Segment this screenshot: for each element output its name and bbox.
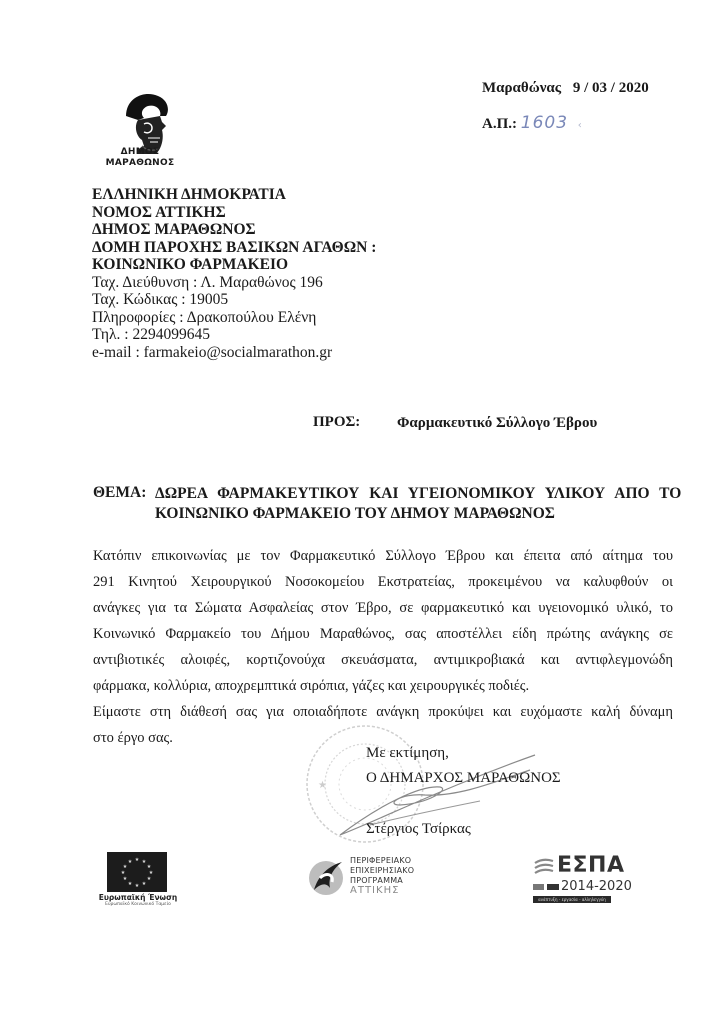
espa-slogan: ανάπτυξη - εργασία - αλληλεγγύη [533,896,611,903]
flags-icon [533,884,559,890]
sender-block: ΕΛΛΗΝΙΚΗ ΔΗΜΟΚΡΑΤΙΑ ΝΟΜΟΣ ΑΤΤΙΚΗΣ ΔΗΜΟΣ … [92,186,376,361]
svg-text:★: ★ [142,881,147,887]
protocol-line: Α.Π.: 1603 ‹ [482,113,582,133]
body-line: Κατόπιν επικοινωνίας με τον Φαρμακευτικό… [93,543,673,569]
pep-text: ΠΕΡΙΦΕΡΕΙΑΚΟ ΕΠΙΧΕΙΡΗΣΙΑΚΟ ΠΡΟΓΡΑΜΜΑ ΑΤΤ… [350,856,414,896]
sender-postcode: Ταχ. Κώδικας : 19005 [92,291,376,309]
protocol-number: 1603 [521,113,568,133]
subject-text: ΔΩΡΕΑ ΦΑΡΜΑΚΕΥΤΙΚΟΥ ΚΑΙ ΥΓΕΙΟΝΟΜΙΚΟΥ ΥΛΙ… [155,484,675,524]
sender-line: ΝΟΜΟΣ ΑΤΤΙΚΗΣ [92,204,376,222]
protocol-mark: ‹ [578,120,582,131]
pep-attica-logo-icon [306,856,346,896]
svg-text:★: ★ [128,881,133,887]
body-line: 291 Κινητού Χειρουργικού Νοσοκομείου Εκσ… [93,569,673,595]
eu-caption: Ευρωπαϊκή Ένωση Ευρωπαϊκό Κοινωνικό Ταμε… [98,893,178,907]
subject-line: ΚΟΙΝΩΝΙΚΟ ΦΑΡΜΑΚΕΙΟ ΤΟΥ ΔΗΜΟΥ ΜΑΡΑΘΩΝΟΣ [155,505,555,522]
date-value: 9 / 03 / 2020 [573,80,649,96]
subject-line: ΔΩΡΕΑ ΦΑΡΜΑΚΕΥΤΙΚΟΥ ΚΑΙ ΥΓΕΙΟΝΟΜΙΚΟΥ ΥΛΙ… [155,484,675,504]
svg-text:★: ★ [318,780,327,791]
subject-label: ΘΕΜΑ: [93,484,146,502]
svg-text:★: ★ [123,876,128,882]
sender-line: ΚΟΙΝΩΝΙΚΟ ΦΑΡΜΑΚΕΙΟ [92,256,376,274]
body-line: Κοινωνικό Φαρμακείο του Δήμου Μαραθώνος,… [93,621,673,647]
espa-title: ΕΣΠΑ [557,853,625,878]
espa-years: 2014-2020 [561,879,632,894]
date-place: Μαραθώνας [482,80,561,96]
svg-text:★: ★ [135,857,140,863]
date-line: Μαραθώνας 9 / 03 / 2020 [482,80,649,97]
body-line: αντιβιοτικές αλοιφές, κορτιζονούχα σκευά… [93,647,673,673]
body-line: ανάγκες για τα Σώματα Ασφαλείας στον Έβρ… [93,595,673,621]
svg-text:★: ★ [147,876,152,882]
logo-caption: ΔΗΜΟΣ ΜΑΡΑΘΩΝΟΣ [100,147,180,169]
recipient-label: ΠΡΟΣ: [313,414,360,431]
sender-email: e-mail : farmakeio@socialmarathon.gr [92,344,376,362]
closing-text: Με εκτίμηση, [366,745,449,762]
svg-text:★: ★ [128,859,133,865]
svg-text:★: ★ [135,883,140,889]
sender-contact: Πληροφορίες : Δρακοπούλου Ελένη [92,309,376,327]
sender-line: ΔΗΜΟΣ ΜΑΡΑΘΩΝΟΣ [92,221,376,239]
sender-phone: Τηλ. : 2294099645 [92,326,376,344]
sender-address: Ταχ. Διεύθυνση : Λ. Μαραθώνος 196 [92,274,376,292]
svg-text:★: ★ [121,870,126,876]
sender-line: ΔΟΜΗ ΠΑΡΟΧΗΣ ΒΑΣΙΚΩΝ ΑΓΑΘΩΝ : [92,239,376,257]
signatory-title: Ο ΔΗΜΑΡΧΟΣ ΜΑΡΑΘΩΝΟΣ [366,770,561,787]
recipient-value: Φαρμακευτικό Σύλλογο Έβρου [397,415,597,432]
body-line: φάρμακα, κολλύρια, αποχρεμπτικά σιρόπια,… [93,673,673,699]
eu-flag-icon: ★★★ ★★★ ★★★ ★★★ [107,852,167,892]
letter-body: Κατόπιν επικοινωνίας με τον Φαρμακευτικό… [93,543,673,751]
espa-waves-icon [533,857,555,879]
signatory-name: Στέργιος Τσίρκας [366,821,471,838]
protocol-label: Α.Π.: [482,116,517,132]
sender-line: ΕΛΛΗΝΙΚΗ ΔΗΜΟΚΡΑΤΙΑ [92,186,376,204]
